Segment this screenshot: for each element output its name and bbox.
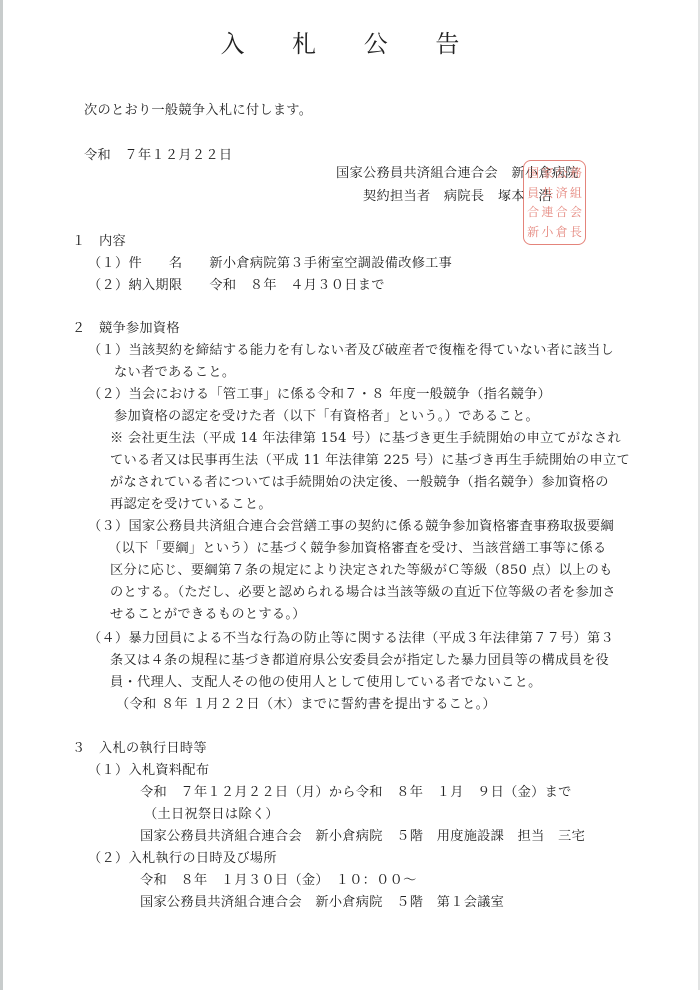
section-2-line: （３）国家公務員共済組合連合会営繕工事の契約に係る競争参加資格審査事務取扱要綱 <box>88 518 614 536</box>
section-2-line: 条又は４条の規程に基づき都道府県公安委員会が指定した暴力団員等の構成員を役 <box>110 652 609 670</box>
section-2-note-line: ※ 会社更生法（平成 14 年法律第 154 号）に基づき更生手続開始の申立てが… <box>110 430 621 448</box>
document-title: 入 札 公 告 <box>0 24 700 59</box>
section-2-line: せることができるものとする。） <box>110 606 306 624</box>
official-seal-stamp: 国家公務 員共済組 合連合会 新小倉長 <box>523 160 586 245</box>
section-1-item-2: （２）納入期限 令和 ８年 ４月３０日まで <box>88 277 385 295</box>
section-2-line: 区分に応じ、要綱第７条の規定により決定された等級がＣ等級（850 点）以上のも <box>110 562 613 580</box>
section-3-line: （１）入札資料配布 <box>88 762 209 780</box>
section-2-line: ない者であること。 <box>114 364 235 382</box>
section-2-line: （以下「要綱」という）に基づく競争参加資格審査を受け、当該営繕工事等に係る <box>108 540 607 558</box>
section-3-line: 国家公務員共済組合連合会 新小倉病院 ５階 用度施設課 担当 三宅 <box>140 828 585 846</box>
section-2-line: 員・代理人、支配人その他の使用人として使用している者でないこと。 <box>110 674 542 692</box>
section-2-line: （４）暴力団員による不当な行為の防止等に関する法律（平成３年法律第７７号）第３ <box>88 630 614 648</box>
intro-text: 次のとおり一般競争入札に付します。 <box>84 102 312 120</box>
section-3-heading: ３ 入札の執行日時等 <box>72 740 207 758</box>
section-3-line: （２）入札執行の日時及び場所 <box>88 850 277 868</box>
section-1-heading: １ 内容 <box>72 233 126 251</box>
section-2-line: のとする。（ただし、必要と認められる場合は当該等級の直近下位等級の者を参加さ <box>110 584 616 602</box>
section-2-line: 参加資格の認定を受けた者（以下「有資格者」という。）であること。 <box>114 408 539 426</box>
section-2-line: （２）当会における「管工事」に係る令和７・８ 年度一般競争（指名競争） <box>88 386 551 404</box>
section-3-line: 令和 ７年１２月２２日（月）から令和 ８年 １月 ９日（金）まで <box>140 784 572 802</box>
section-1-item-1: （１）件 名 新小倉病院第３手術室空調設備改修工事 <box>88 255 452 273</box>
issue-date: 令和 ７年１２月２２日 <box>84 147 232 165</box>
section-2-note-line: がなされている者については手続開始の決定後、一般競争（指名競争）参加資格の <box>110 474 609 492</box>
section-2-note-line: 再認定を受けていること。 <box>110 496 272 514</box>
section-2-line: （１）当該契約を締結する能力を有しない者及び破産者で復権を得ていない者に該当し <box>88 342 614 360</box>
section-2-note-line: ている者又は民事再生法（平成 11 年法律第 225 号）に基づき再生手続開始の… <box>110 452 630 470</box>
section-2-line: （令和 ８年 １月２２日（木）までに誓約書を提出すること。） <box>116 696 496 714</box>
section-2-heading: ２ 競争参加資格 <box>72 320 180 338</box>
scan-left-edge <box>0 0 3 990</box>
section-3-line: 国家公務員共済組合連合会 新小倉病院 ５階 第１会議室 <box>140 894 504 912</box>
section-3-line: （土日祝祭日は除く） <box>144 806 279 824</box>
section-3-line: 令和 ８年 １月３０日（金） １０：００～ <box>140 872 417 890</box>
